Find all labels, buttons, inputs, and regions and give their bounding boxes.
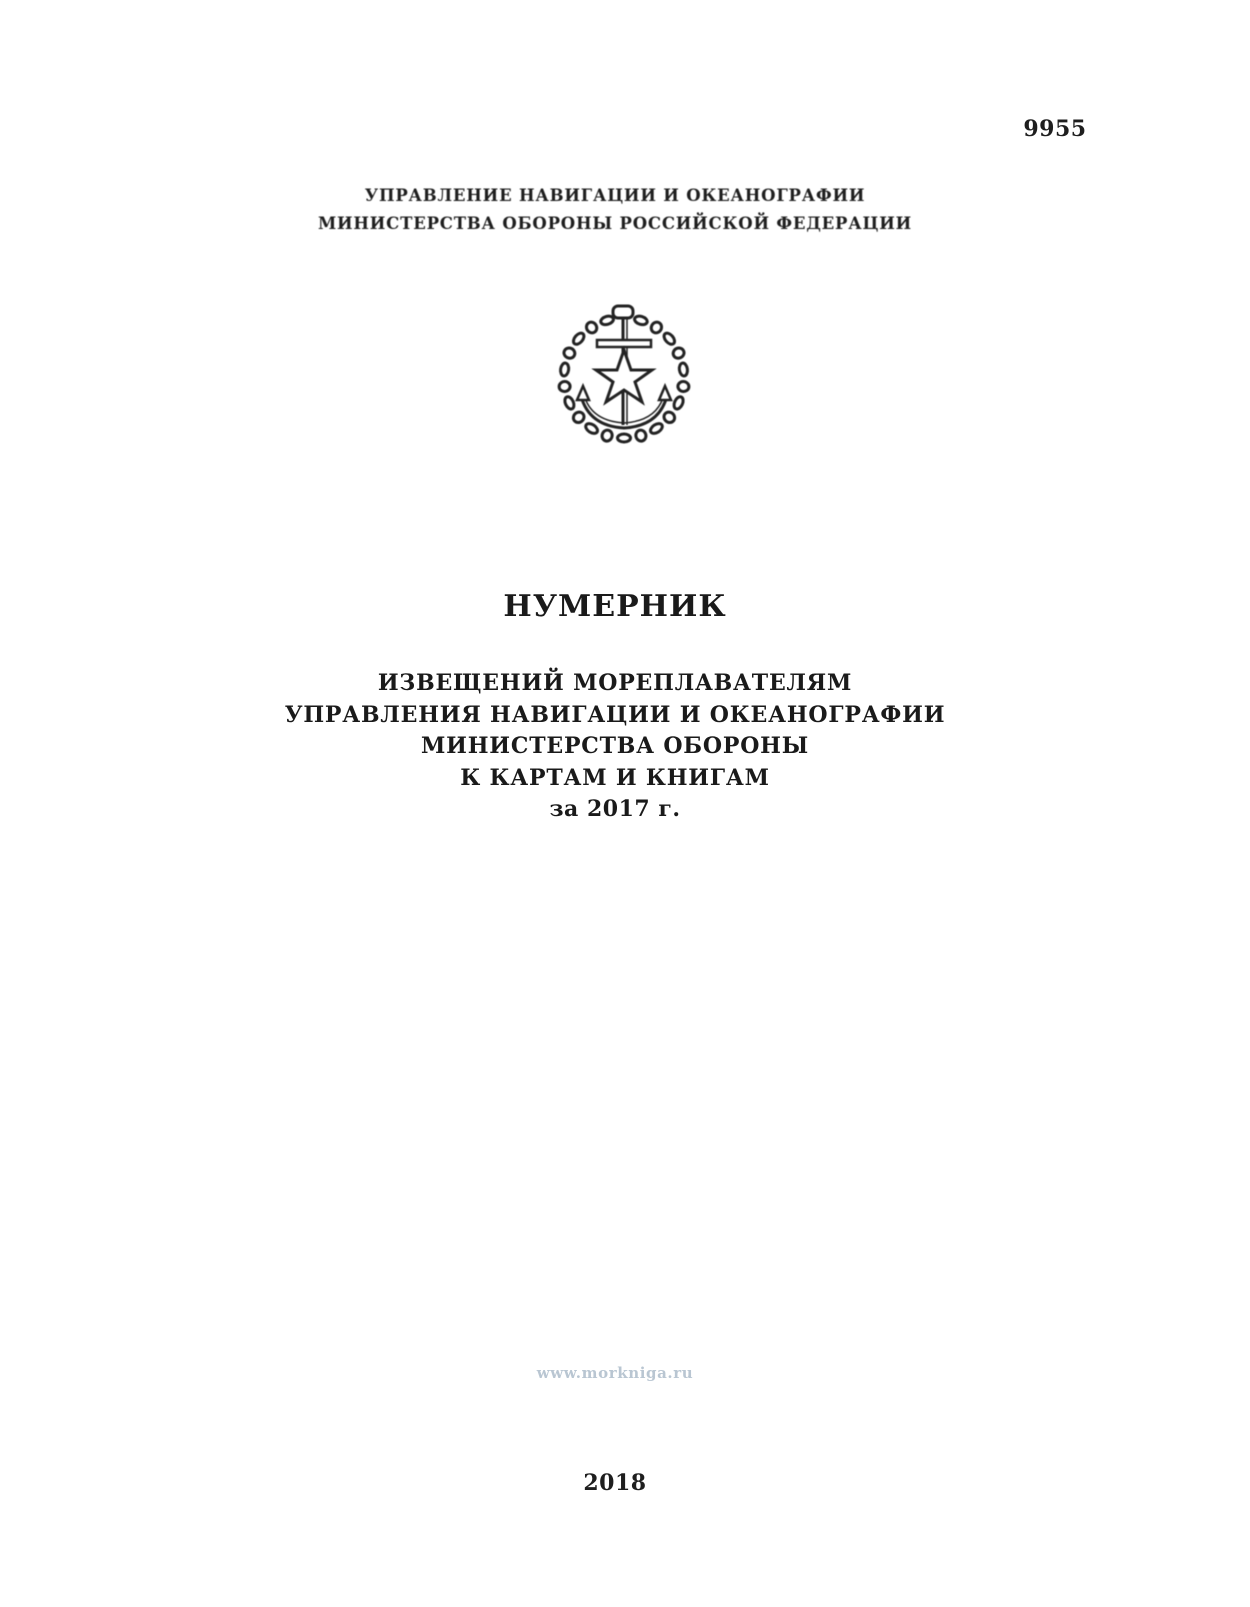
anchor-star-chain-emblem-icon xyxy=(553,300,693,445)
subtitle-line-4: К КАРТАМ И КНИГАМ xyxy=(0,763,1230,795)
document-subtitle: ИЗВЕЩЕНИЙ МОРЕПЛАВАТЕЛЯМ УПРАВЛЕНИЯ НАВИ… xyxy=(0,668,1230,826)
publication-year: 2018 xyxy=(0,1470,1230,1496)
issuer-line-2: МИНИСТЕРСТВА ОБОРОНЫ РОССИЙСКОЙ ФЕДЕРАЦИ… xyxy=(0,210,1230,238)
issuer-line-1: УПРАВЛЕНИЕ НАВИГАЦИИ И ОКЕАНОГРАФИИ xyxy=(0,182,1230,210)
subtitle-line-2: УПРАВЛЕНИЯ НАВИГАЦИИ И ОКЕАНОГРАФИИ xyxy=(0,700,1230,732)
issuer-header: УПРАВЛЕНИЕ НАВИГАЦИИ И ОКЕАНОГРАФИИ МИНИ… xyxy=(0,182,1230,238)
subtitle-period: за 2017 г. xyxy=(0,794,1230,826)
watermark: www.morkniga.ru xyxy=(0,1364,1230,1382)
document-number: 9955 xyxy=(1010,116,1100,142)
subtitle-line-1: ИЗВЕЩЕНИЙ МОРЕПЛАВАТЕЛЯМ xyxy=(0,668,1230,700)
subtitle-line-3: МИНИСТЕРСТВА ОБОРОНЫ xyxy=(0,731,1230,763)
document-title: НУМЕРНИК xyxy=(0,589,1230,624)
document-page: 9955 УПРАВЛЕНИЕ НАВИГАЦИИ И ОКЕАНОГРАФИИ… xyxy=(0,0,1250,1607)
